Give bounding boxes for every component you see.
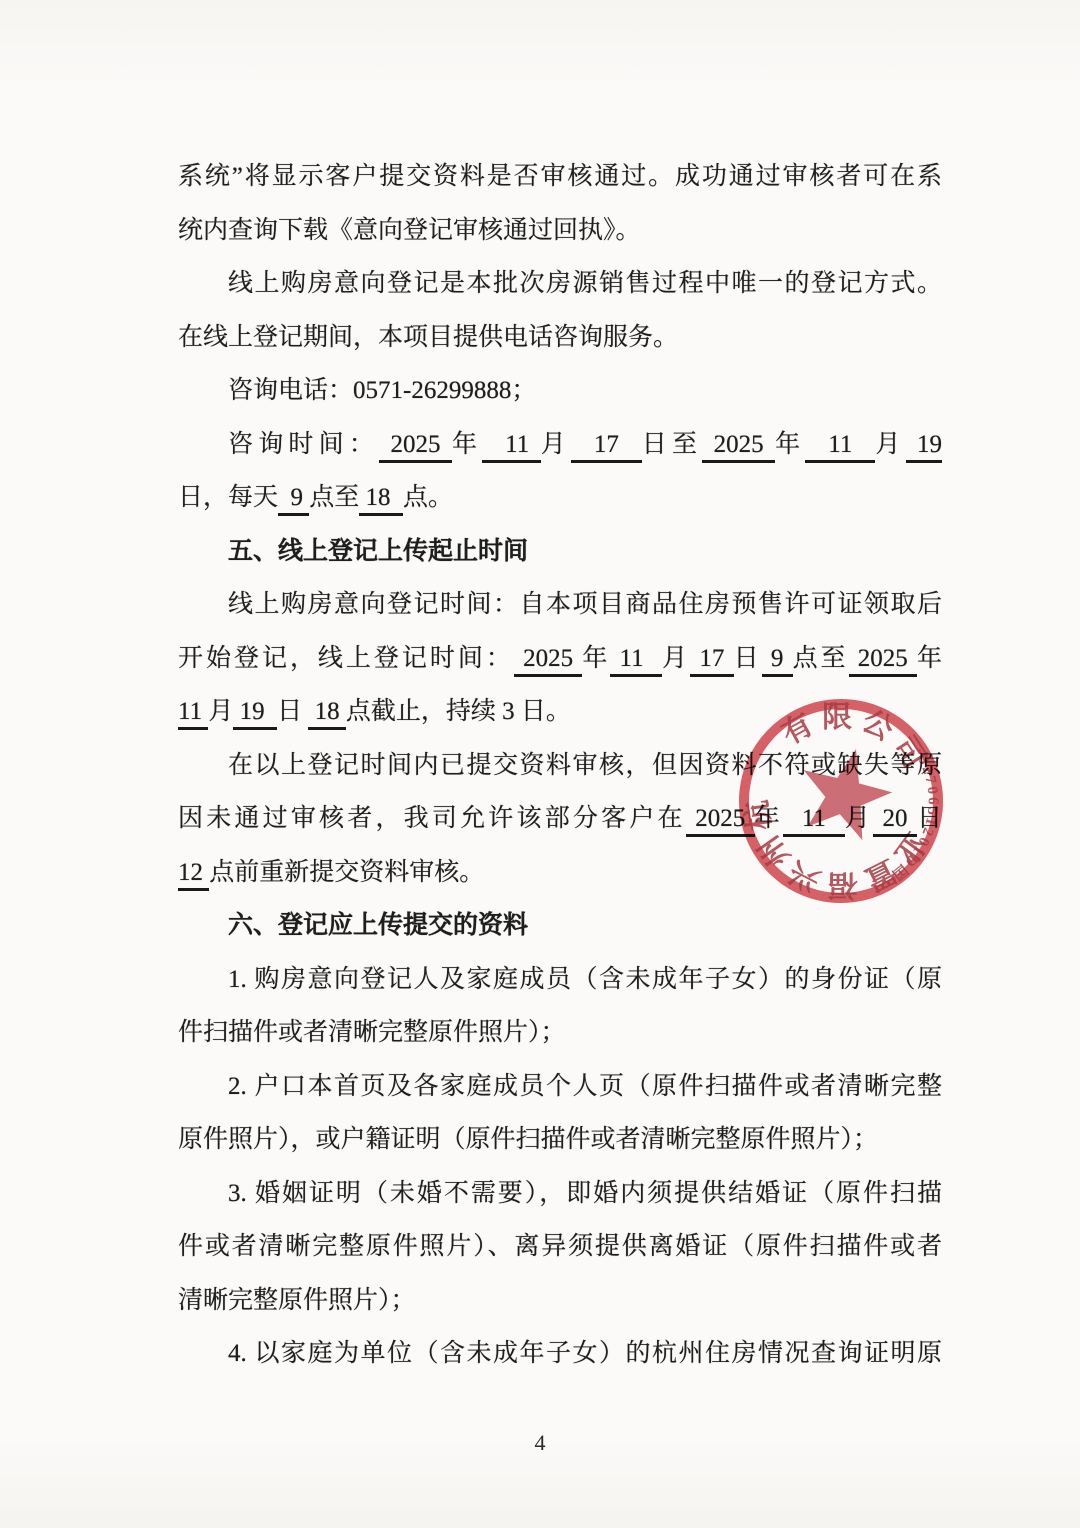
text-run: 日 [734, 645, 762, 672]
text-run: 系统”将显示客户提交资料是否审核通过。成功通过审核者可在系 [178, 163, 942, 190]
text-run: 开始登记，线上登记时间： [178, 645, 514, 672]
text-run: 点截止，持续 3 日。 [346, 698, 571, 725]
text-run: 点前重新提交资料审核。 [209, 859, 484, 886]
filled-blank: 11 [783, 805, 845, 837]
text-run: 线上购房意向登记时间：自本项目商品住房预售许可证领取后 [228, 591, 942, 618]
text-run: 因未通过审核者，我司允许该部分客户在 [178, 805, 686, 832]
text-run: 月 [208, 698, 233, 725]
text-run: 原件照片），或户籍证明（原件扫描件或者清晰完整原件照片）； [178, 1126, 878, 1153]
text-line: 系统”将显示客户提交资料是否审核通过。成功通过审核者可在系 [178, 150, 942, 204]
section-heading: 五、线上登记上传起止时间 [178, 525, 942, 579]
filled-blank: 2025 [686, 805, 755, 837]
text-run: 日至 [642, 431, 702, 458]
text-line: 12 点前重新提交资料审核。 [178, 846, 942, 900]
text-run: 点至 [793, 645, 849, 672]
page-number: 4 [0, 1430, 1080, 1456]
filled-blank: 18 [359, 484, 403, 516]
text-line: 11 月 19 日 18 点截止，持续 3 日。 [178, 685, 942, 739]
text-run: 在以上登记时间内已提交资料审核，但因资料不符或缺失等原 [228, 752, 942, 779]
text-line: 在以上登记时间内已提交资料审核，但因资料不符或缺失等原 [178, 739, 942, 793]
text-line: 咨询电话：0571-26299888； [178, 364, 942, 418]
text-run: 在线上登记期间，本项目提供电话咨询服务。 [178, 324, 678, 351]
filled-blank: 9 [762, 645, 793, 677]
text-run: 日 [277, 698, 308, 725]
filled-blank: 20 [873, 805, 917, 837]
filled-blank: 11 [805, 431, 875, 463]
text-run: 年 [452, 431, 482, 458]
text-run: 4. 以家庭为单位（含未成年子女）的杭州住房情况查询证明原 [228, 1340, 942, 1367]
text-run: 五、线上登记上传起止时间 [228, 538, 528, 565]
scanned-document-page: { "page": { "footer_page_number": "4", "… [0, 0, 1080, 1528]
document-body: 系统”将显示客户提交资料是否审核通过。成功通过审核者可在系统内查询下载《意向登记… [178, 150, 942, 1381]
filled-blank: 19 [906, 431, 942, 463]
filled-blank: 17 [690, 645, 733, 677]
filled-blank: 2025 [702, 431, 775, 463]
filled-blank: 2025 [379, 431, 452, 463]
text-line: 原件照片），或户籍证明（原件扫描件或者清晰完整原件照片）； [178, 1113, 942, 1167]
text-line: 3. 婚姻证明（未婚不需要），即婚内须提供结婚证（原件扫描 [178, 1167, 942, 1221]
text-run: 年 [582, 645, 610, 672]
text-run: 月 [845, 805, 873, 832]
text-line: 件扫描件或者清晰完整原件照片）； [178, 1006, 942, 1060]
filled-blank: 2025 [849, 645, 917, 677]
text-run: 点至 [309, 484, 359, 511]
text-run: 月 [875, 431, 905, 458]
text-line: 线上购房意向登记时间：自本项目商品住房预售许可证领取后 [178, 578, 942, 632]
filled-blank: 9 [278, 484, 309, 516]
text-run: 年 [917, 645, 942, 672]
filled-blank: 12 [178, 859, 209, 891]
text-run: 咨询电话：0571-26299888； [228, 377, 536, 404]
filled-blank: 11 [610, 645, 662, 677]
text-run: 月 [662, 645, 690, 672]
text-run: 点。 [403, 484, 453, 511]
text-run: 3. 婚姻证明（未婚不需要），即婚内须提供结婚证（原件扫描 [228, 1180, 942, 1207]
filled-blank: 2025 [514, 645, 582, 677]
text-line: 1. 购房意向登记人及家庭成员（含未成年子女）的身份证（原 [178, 953, 942, 1007]
text-run: 件扫描件或者清晰完整原件照片）； [178, 1019, 566, 1046]
text-line: 因未通过审核者，我司允许该部分客户在 2025 年 11 月 20 日 [178, 792, 942, 846]
text-line: 件或者清晰完整原件照片）、离异须提供离婚证（原件扫描件或者 [178, 1220, 942, 1274]
text-line: 日，每天 9 点至 18 点。 [178, 471, 942, 525]
filled-blank: 18 [308, 698, 346, 730]
text-line: 清晰完整原件照片）； [178, 1274, 942, 1328]
section-heading: 六、登记应上传提交的资料 [178, 899, 942, 953]
text-run: 六、登记应上传提交的资料 [228, 912, 528, 939]
text-run: 月 [541, 431, 571, 458]
text-run: 线上购房意向登记是本批次房源销售过程中唯一的登记方式。 [228, 270, 942, 297]
text-run: 日，每天 [178, 484, 278, 511]
text-run: 统内查询下载《意向登记审核通过回执》。 [178, 217, 641, 244]
text-line: 咨询时间： 2025 年 11 月 17 日至 2025 年 11 月 19 [178, 418, 942, 472]
text-run: 日 [917, 805, 942, 832]
text-run: 件或者清晰完整原件照片）、离异须提供离婚证（原件扫描件或者 [178, 1233, 942, 1260]
text-line: 在线上登记期间，本项目提供电话咨询服务。 [178, 311, 942, 365]
text-run: 年 [755, 805, 783, 832]
filled-blank: 17 [571, 431, 642, 463]
text-line: 4. 以家庭为单位（含未成年子女）的杭州住房情况查询证明原 [178, 1327, 942, 1381]
text-line: 开始登记，线上登记时间： 2025 年 11 月 17 日 9 点至 2025 … [178, 632, 942, 686]
filled-blank: 19 [233, 698, 277, 730]
text-run: 清晰完整原件照片）； [178, 1287, 416, 1314]
text-run: 2. 户口本首页及各家庭成员个人页（原件扫描件或者清晰完整 [228, 1073, 942, 1100]
text-run: 1. 购房意向登记人及家庭成员（含未成年子女）的身份证（原 [228, 966, 942, 993]
text-run: 咨询时间： [228, 431, 379, 458]
text-line: 统内查询下载《意向登记审核通过回执》。 [178, 204, 942, 258]
text-run: 年 [775, 431, 805, 458]
text-line: 2. 户口本首页及各家庭成员个人页（原件扫描件或者清晰完整 [178, 1060, 942, 1114]
filled-blank: 11 [482, 431, 540, 463]
filled-blank: 11 [178, 698, 208, 730]
text-line: 线上购房意向登记是本批次房源销售过程中唯一的登记方式。 [178, 257, 942, 311]
